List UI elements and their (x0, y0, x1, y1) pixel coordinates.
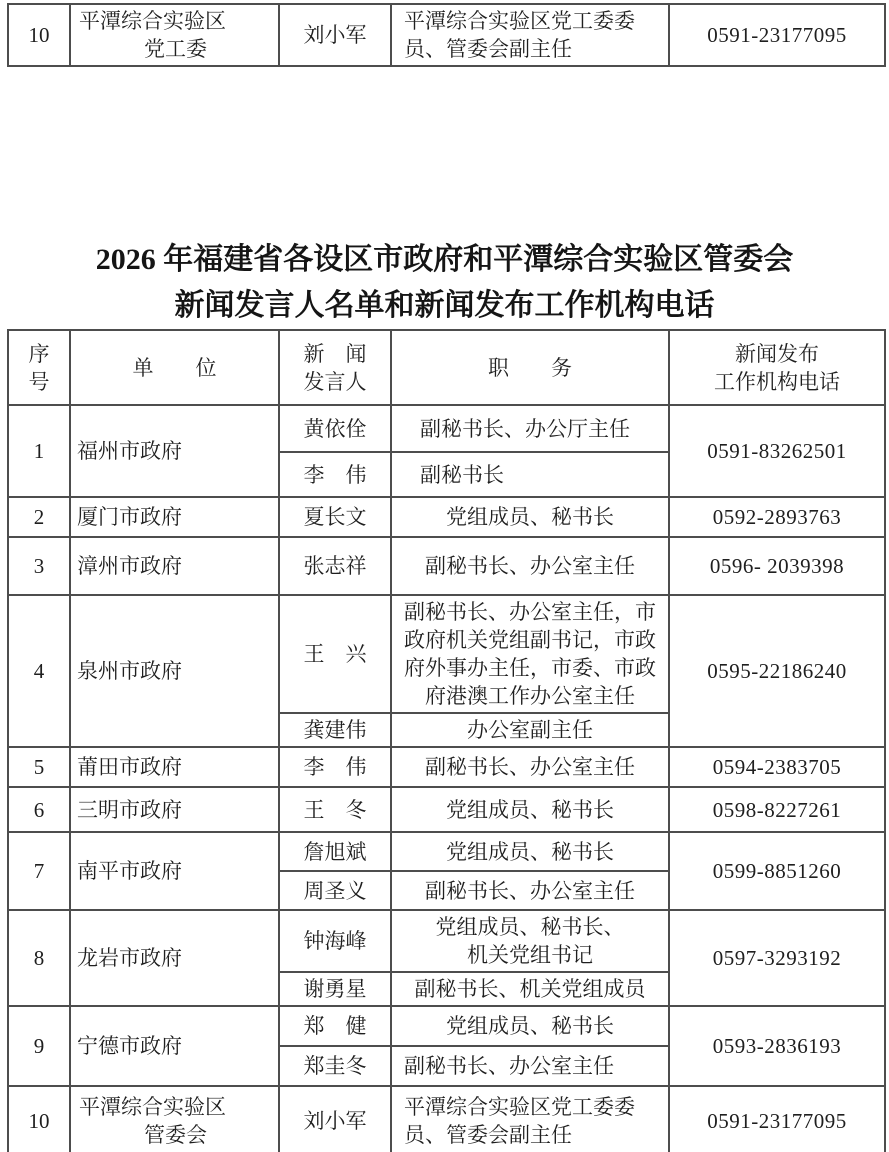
phone-cell: 0598-8227261 (669, 787, 885, 832)
phone-cell: 0595-22186240 (669, 595, 885, 747)
table-row: 5莆田市政府李 伟副秘书长、办公室主任0594-2383705 (8, 747, 885, 787)
table-row: 7南平市政府詹旭斌党组成员、秘书长0599-8851260 (8, 832, 885, 871)
serial-cell: 10 (8, 4, 70, 66)
duty-cell: 副秘书长、办公室主任 (391, 537, 669, 595)
duty-cell: 党组成员、秘书长 (391, 787, 669, 832)
phone-cell: 0591-83262501 (669, 405, 885, 497)
duty-cell: 副秘书长、办公室主任 (391, 1046, 669, 1086)
spokesperson-name-cell: 刘小军 (279, 4, 391, 66)
serial-cell: 2 (8, 497, 70, 537)
duty-cell: 党组成员、秘书长 (391, 497, 669, 537)
header-spokesperson: 新 闻 发言人 (279, 330, 391, 405)
spokesperson-name-cell: 夏长文 (279, 497, 391, 537)
phone-cell: 0594-2383705 (669, 747, 885, 787)
phone-cell: 0593-2836193 (669, 1006, 885, 1086)
spokesperson-name-cell: 谢勇星 (279, 972, 391, 1006)
serial-cell: 3 (8, 537, 70, 595)
duty-cell: 副秘书长、办公室主任 (391, 747, 669, 787)
spokesperson-name-cell: 黄依佺 (279, 405, 391, 452)
table-row: 4泉州市政府王 兴副秘书长、办公室主任，市 政府机关党组副书记，市政 府外事办主… (8, 595, 885, 713)
spokesperson-name-cell: 张志祥 (279, 537, 391, 595)
spokesperson-name-cell: 郑 健 (279, 1006, 391, 1046)
spokesperson-name-cell: 周圣义 (279, 871, 391, 910)
table-row: 10平潭综合实验区党工委刘小军平潭综合实验区党工委委 员、管委会副主任0591-… (8, 4, 885, 66)
phone-cell: 0599-8851260 (669, 832, 885, 910)
unit-cell: 龙岩市政府 (70, 910, 279, 1006)
header-serial-number: 序 号 (8, 330, 70, 405)
spokesperson-name-cell: 李 伟 (279, 452, 391, 497)
duty-cell: 副秘书长、机关党组成员 (391, 972, 669, 1006)
unit-line: 平潭综合实验区 (79, 1093, 272, 1121)
unit-cell: 三明市政府 (70, 787, 279, 832)
unit-line: 平潭综合实验区 (79, 7, 272, 35)
spokesperson-name-cell: 刘小军 (279, 1086, 391, 1152)
unit-cell: 南平市政府 (70, 832, 279, 910)
phone-cell: 0592-2893763 (669, 497, 885, 537)
spokesperson-name-cell: 钟海峰 (279, 910, 391, 972)
duty-cell: 副秘书长、办公室主任，市 政府机关党组副书记，市政 府外事办主任，市委、市政 府… (391, 595, 669, 713)
document-title-line1: 2026 年福建省各设区市政府和平潭综合实验区管委会 (0, 237, 889, 283)
duty-cell: 副秘书长、办公室主任 (391, 871, 669, 910)
spokesperson-name-cell: 王 兴 (279, 595, 391, 713)
table-row: 8龙岩市政府钟海峰党组成员、秘书长、 机关党组书记0597-3293192 (8, 910, 885, 972)
table-row: 2厦门市政府夏长文党组成员、秘书长0592-2893763 (8, 497, 885, 537)
phone-cell: 0597-3293192 (669, 910, 885, 1006)
table-row: 10平潭综合实验区管委会刘小军平潭综合实验区党工委委 员、管委会副主任0591-… (8, 1086, 885, 1152)
duty-cell: 平潭综合实验区党工委委 员、管委会副主任 (391, 4, 669, 66)
phone-cell: 0591-23177095 (669, 4, 885, 66)
duty-cell: 平潭综合实验区党工委委 员、管委会副主任 (391, 1086, 669, 1152)
unit-line: 党工委 (79, 35, 272, 63)
previous-page-table-fragment: 10平潭综合实验区党工委刘小军平潭综合实验区党工委委 员、管委会副主任0591-… (7, 3, 886, 67)
table-row: 6三明市政府王 冬党组成员、秘书长0598-8227261 (8, 787, 885, 832)
document-page: 10平潭综合实验区党工委刘小军平潭综合实验区党工委委 员、管委会副主任0591-… (0, 0, 889, 1152)
duty-cell: 党组成员、秘书长 (391, 1006, 669, 1046)
unit-cell: 平潭综合实验区管委会 (70, 1086, 279, 1152)
serial-cell: 9 (8, 1006, 70, 1086)
serial-cell: 10 (8, 1086, 70, 1152)
duty-cell: 副秘书长、办公厅主任 (391, 405, 669, 452)
unit-cell: 泉州市政府 (70, 595, 279, 747)
spokesperson-name-cell: 詹旭斌 (279, 832, 391, 871)
duty-cell: 党组成员、秘书长、 机关党组书记 (391, 910, 669, 972)
unit-cell: 平潭综合实验区党工委 (70, 4, 279, 66)
serial-cell: 6 (8, 787, 70, 832)
serial-cell: 7 (8, 832, 70, 910)
spokesperson-name-cell: 郑圭冬 (279, 1046, 391, 1086)
table-row: 1福州市政府黄依佺副秘书长、办公厅主任0591-83262501 (8, 405, 885, 452)
spokesperson-name-cell: 王 冬 (279, 787, 391, 832)
table-row: 9宁德市政府郑 健党组成员、秘书长0593-2836193 (8, 1006, 885, 1046)
document-title-line2: 新闻发言人名单和新闻发布工作机构电话 (0, 283, 889, 329)
duty-cell: 办公室副主任 (391, 713, 669, 747)
duty-cell: 党组成员、秘书长 (391, 832, 669, 871)
header-phone: 新闻发布 工作机构电话 (669, 330, 885, 405)
table-header-row: 序 号 单 位 新 闻 发言人 职 务 新闻发布 工作机构电话 (8, 330, 885, 405)
serial-cell: 5 (8, 747, 70, 787)
table-row: 3漳州市政府张志祥副秘书长、办公室主任0596- 2039398 (8, 537, 885, 595)
spokesperson-name-cell: 李 伟 (279, 747, 391, 787)
unit-cell: 福州市政府 (70, 405, 279, 497)
unit-line: 管委会 (79, 1121, 272, 1149)
unit-cell: 莆田市政府 (70, 747, 279, 787)
serial-cell: 4 (8, 595, 70, 747)
phone-cell: 0591-23177095 (669, 1086, 885, 1152)
spokesperson-table: 序 号 单 位 新 闻 发言人 职 务 新闻发布 工作机构电话 1福州市政府黄依… (7, 329, 886, 1152)
spokesperson-name-cell: 龚建伟 (279, 713, 391, 747)
unit-cell: 宁德市政府 (70, 1006, 279, 1086)
unit-cell: 厦门市政府 (70, 497, 279, 537)
phone-cell: 0596- 2039398 (669, 537, 885, 595)
duty-cell: 副秘书长 (391, 452, 669, 497)
serial-cell: 8 (8, 910, 70, 1006)
unit-cell: 漳州市政府 (70, 537, 279, 595)
serial-cell: 1 (8, 405, 70, 497)
header-duty: 职 务 (391, 330, 669, 405)
header-unit: 单 位 (70, 330, 279, 405)
document-title: 2026 年福建省各设区市政府和平潭综合实验区管委会 新闻发言人名单和新闻发布工… (0, 237, 889, 329)
